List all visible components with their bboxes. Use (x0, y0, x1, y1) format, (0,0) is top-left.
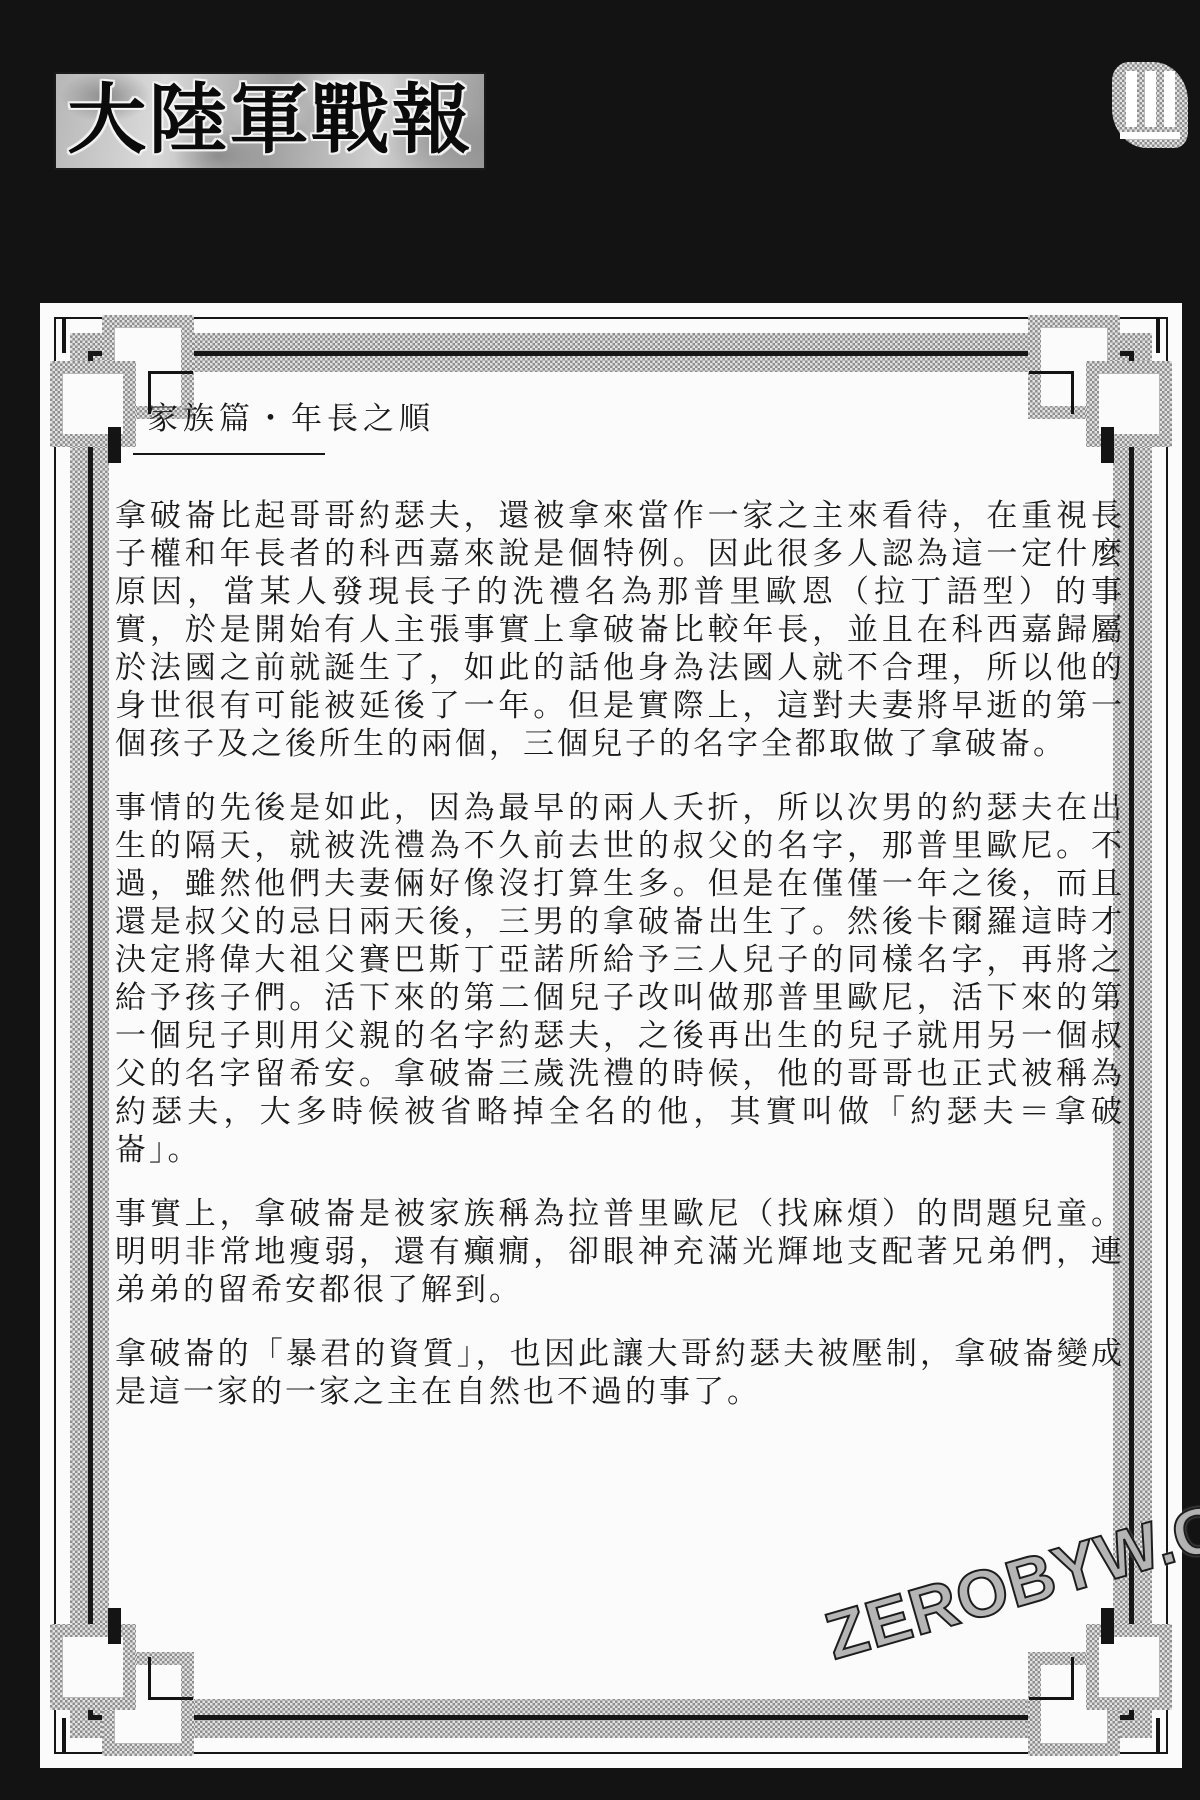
section-heading: 家族篇・年長之順 (147, 399, 1125, 439)
heading-underline (133, 453, 325, 455)
article-body: 拿破崙比起哥哥約瑟夫，還被拿來當作一家之主來看待，在重視長子權和年長者的科西嘉來… (115, 497, 1125, 1411)
article: 家族篇・年長之順 拿破崙比起哥哥約瑟夫，還被拿來當作一家之主來看待，在重視長子權… (115, 399, 1125, 1437)
body-paragraph: 事實上，拿破崙是被家族稱為拉普里歐尼（找麻煩）的問題兒童。明明非常地瘦弱，還有癲… (115, 1195, 1125, 1309)
body-paragraph: 拿破崙比起哥哥約瑟夫，還被拿來當作一家之主來看待，在重視長子權和年長者的科西嘉來… (115, 497, 1125, 763)
corner-ornament-bottom-left (48, 1610, 198, 1760)
roman-numeral-base (1120, 132, 1180, 139)
masthead-title: 大陸軍戰報 (67, 83, 473, 159)
roman-numeral-bar (1126, 71, 1137, 127)
body-paragraph: 拿破崙的「暴君的資質」，也因此讓大哥約瑟夫被壓制，拿破崙變成是這一家的一家之主在… (115, 1335, 1125, 1411)
body-paragraph: 事情的先後是如此，因為最早的兩人夭折，所以次男的約瑟夫在出生的隔天，就被洗禮為不… (115, 789, 1125, 1169)
roman-numeral-bar (1145, 71, 1156, 127)
page-number-badge (1112, 62, 1188, 148)
corner-ornament-bottom-right (1024, 1610, 1174, 1760)
roman-numeral-bar (1164, 71, 1175, 127)
masthead-banner: 大陸軍戰報 (54, 72, 486, 170)
roman-numeral-iii (1126, 71, 1175, 127)
scanned-book-page: 大陸軍戰報 (0, 0, 1200, 1800)
